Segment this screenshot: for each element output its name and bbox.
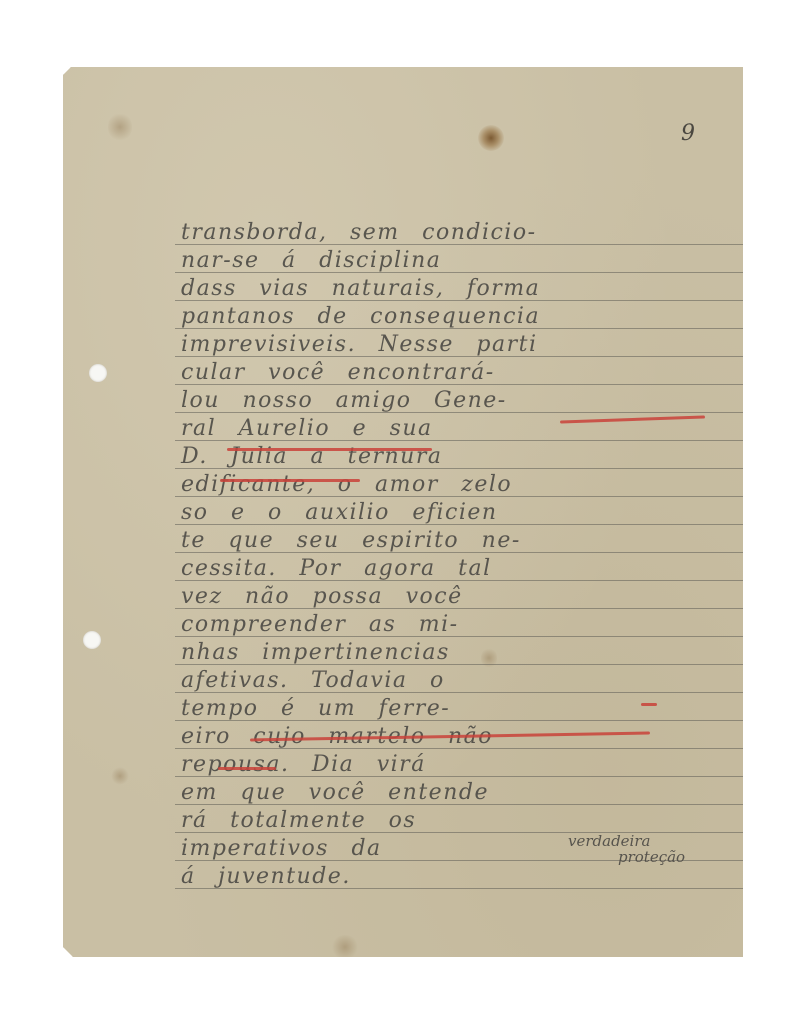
- stain-left: [108, 112, 132, 142]
- page-number: 9: [681, 121, 695, 146]
- handwritten-line-3: dass vias naturais, forma: [181, 275, 725, 303]
- handwritten-line-12: te que seu espirito ne-: [181, 527, 725, 555]
- insertion-annotation-verdadeira: verdadeira: [568, 833, 650, 849]
- handwritten-line-1: transborda, sem condicio-: [181, 219, 725, 247]
- insertion-annotation-protecao: proteção: [618, 849, 685, 865]
- handwritten-line-10: edificante, o amor zelo: [181, 471, 725, 499]
- punch-hole-top: [89, 364, 107, 382]
- handwritten-line-20: repousa. Dia virá: [181, 751, 725, 779]
- handwritten-line-18: tempo é um ferre-: [181, 695, 725, 723]
- handwritten-line-13: cessita. Por agora tal: [181, 555, 725, 583]
- handwritten-line-14: vez não possa você: [181, 583, 725, 611]
- punch-hole-bottom: [83, 631, 101, 649]
- red-underline-o: [641, 703, 657, 706]
- red-underline-eiro: [218, 767, 276, 770]
- red-underline-aurelio: [227, 448, 432, 451]
- manuscript-page: 9 transborda, sem condicio- nar-se á dis…: [63, 67, 743, 957]
- handwritten-line-24: á juventude.: [181, 863, 725, 891]
- stain-left-lower: [111, 767, 129, 785]
- handwritten-line-7: lou nosso amigo Gene-: [181, 387, 725, 415]
- handwritten-line-4: pantanos de consequencia: [181, 303, 725, 331]
- handwritten-line-21: em que você entende: [181, 779, 725, 807]
- handwritten-line-11: so e o auxilio eficien: [181, 499, 725, 527]
- handwritten-line-6: cular você encontrará-: [181, 359, 725, 387]
- stain-bottom: [331, 935, 359, 959]
- ink-stain-top: [478, 125, 504, 151]
- handwritten-line-16: nhas impertinencias: [181, 639, 725, 667]
- handwritten-line-2: nar-se á disciplina: [181, 247, 725, 275]
- handwritten-line-22: rá totalmente os: [181, 807, 725, 835]
- handwritten-line-17: afetivas. Todavia o: [181, 667, 725, 695]
- red-underline-julia: [220, 479, 360, 482]
- handwritten-line-5: imprevisiveis. Nesse parti: [181, 331, 725, 359]
- handwritten-line-15: compreender as mi-: [181, 611, 725, 639]
